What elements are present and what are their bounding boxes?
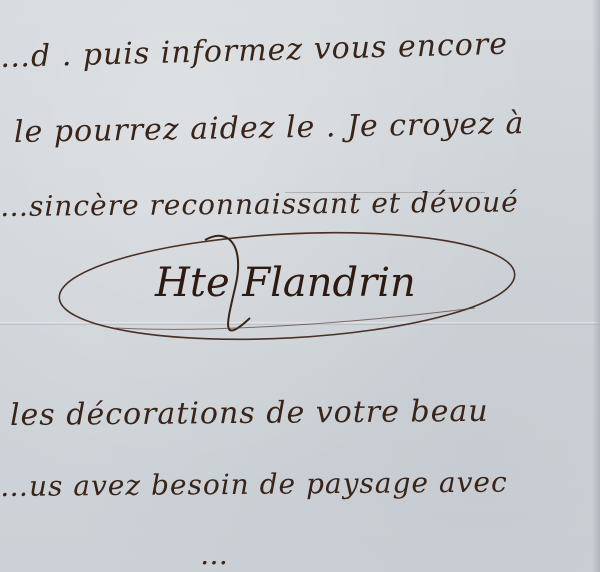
handwritten-line-4: les décorations de votre beau [10, 394, 489, 433]
handwritten-line-2: le pourrez aidez le . Je croyez à [14, 106, 525, 150]
handwritten-line-5: …us avez besoin de paysage avec [0, 466, 508, 503]
letter-page: …d . puis informez vous encore le pourre… [0, 0, 600, 572]
handwritten-line-6-partial: … [200, 538, 229, 571]
handwritten-line-1: …d . puis informez vous encore [0, 27, 508, 75]
signature-block: Hte Flandrin [55, 228, 525, 350]
signature: Hte Flandrin [155, 260, 416, 306]
handwritten-line-3: …sincère reconnaissant et dévoué [0, 185, 519, 223]
paper-edge [592, 0, 600, 572]
